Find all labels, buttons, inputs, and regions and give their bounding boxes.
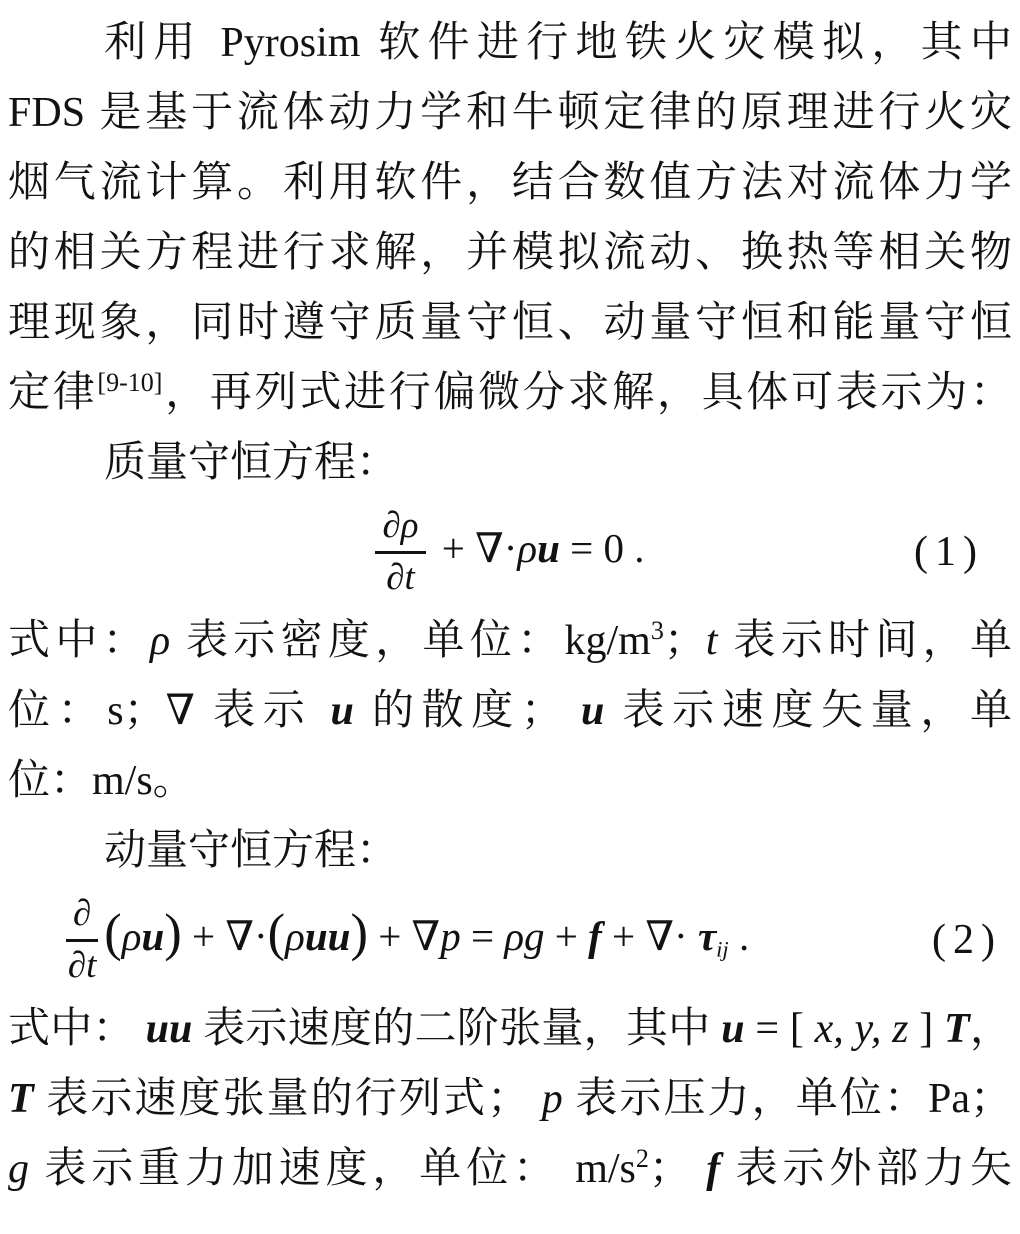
text-run: f [706,1146,720,1192]
mass-conservation-equation: ∂ρ∂t + ∇·ρu = 0 .(1) [8,498,1012,606]
text-run: 的相关方程进行求解，并模拟流动、换热等相关物 [8,230,1012,276]
text-run: kg/m [565,618,651,664]
text-run: f [588,912,602,958]
text-run: 表示压力，单位：Pa； [563,1076,1012,1122]
text-run: 表示密度，单位： [170,618,564,664]
text-run: . [729,912,750,958]
text-run: u [581,688,604,734]
equation-content: ∂ρ∂t + ∇·ρu = 0 . [375,507,644,598]
text-run: 式中： [8,618,150,664]
text-run: FDS 是基于流体动力学和牛顿定律的原理进行火灾 [8,90,1012,136]
momentum-conservation-equation: ∂∂t(ρu) + ∇·(ρuu) + ∇p = ρg + f + ∇· τij… [8,886,1012,994]
text-run: + ∇· [182,912,268,958]
text-run: t [706,618,718,664]
text-line: 式中： uu 表示速度的二阶张量，其中 u = [ x, y, z ] T， [8,994,1012,1064]
text-line: 式中：ρ 表示密度，单位：kg/m3；t 表示时间，单 [8,606,1012,676]
text-run: u [141,912,164,958]
text-line: 位：s；∇ 表示 u 的散度； u 表示速度矢量，单 [8,676,1012,746]
text-run: ij [716,936,729,961]
text-run: x, y, z [815,1006,909,1052]
text-run: u [331,688,354,734]
text-run: T [944,1006,970,1052]
text-run: 式中： [8,1006,146,1052]
text-run: 动量守恒方程： [104,828,398,874]
text-run: ，再列式进行偏微分求解，具体可表示为： [162,370,1012,416]
text-run: 理现象，同时遵守质量守恒、动量守恒和能量守恒 [8,300,1012,346]
text-run: ρ [122,912,142,958]
text-run: ( [268,903,285,961]
text-run: ) [164,903,181,961]
fraction-denominator: ∂t [66,942,98,986]
text-run: ρg [504,912,544,958]
text-run: 表示速度的二阶张量，其中 [192,1006,721,1052]
text-run: p [542,1076,563,1122]
equation-content: ∂∂t(ρu) + ∇·(ρuu) + ∇p = ρg + f + ∇· τij… [66,895,749,986]
text-run: ρ [517,524,537,570]
text-run: 表示速度张量的行列式； [34,1076,542,1122]
fraction-numerator: ∂ [66,895,98,942]
text-run: 2 [636,1144,649,1173]
text-line: 动量守恒方程： [8,816,1012,886]
text-line: 烟气流计算。利用软件，结合数值方法对流体力学 [8,148,1012,218]
text-line: FDS 是基于流体动力学和牛顿定律的原理进行火灾 [8,78,1012,148]
text-run: ρ [285,912,305,958]
text-run: uu [305,912,351,958]
text-run: 质量守恒方程： [104,440,398,486]
text-run: ) [350,903,367,961]
text-run: ； [649,1146,706,1192]
text-run: m/s [575,1146,636,1192]
paper-page: 利用 Pyrosim 软件进行地铁火灾模拟，其中FDS 是基于流体动力学和牛顿定… [0,0,1020,1234]
text-run: = [461,912,505,958]
text-run: 表示时间，单 [718,618,1012,664]
equation-number: (2) [932,916,1002,964]
text-run: + [545,912,589,958]
text-run: g [8,1146,29,1192]
text-run: u [721,1006,744,1052]
text-run: ， [970,1006,1012,1052]
text-run: ( [104,903,121,961]
text-run: 烟气流计算。利用软件，结合数值方法对流体力学 [8,160,1012,206]
text-run: u [537,524,560,570]
text-run: 位：s；∇ 表示 [8,688,331,734]
text-run: p [440,912,461,958]
fraction: ∂ρ∂t [375,507,425,598]
text-run: ρ [150,618,170,664]
text-line: g 表示重力加速度，单位： m/s2； f 表示外部力矢 [8,1134,1012,1204]
text-run: [9-10] [97,368,162,397]
text-run: 定律 [8,370,97,416]
text-line: 的相关方程进行求解，并模拟流动、换热等相关物 [8,218,1012,288]
fraction-numerator: ∂ρ [375,507,425,554]
text-line: T 表示速度张量的行列式； p 表示压力，单位：Pa； [8,1064,1012,1134]
text-run: = [ [745,1006,815,1052]
text-run: uu [146,1006,193,1052]
text-run: τ [698,912,716,958]
equation-number: (1) [914,528,984,576]
text-line: 质量守恒方程： [8,428,1012,498]
text-line: 位：m/s。 [8,746,1012,816]
text-run: 3 [651,616,664,645]
text-run: ] [908,1006,944,1052]
paragraph-container: 利用 Pyrosim 软件进行地铁火灾模拟，其中FDS 是基于流体动力学和牛顿定… [0,0,1020,1204]
text-run: 表示外部力矢 [720,1146,1012,1192]
text-run: 表示速度矢量，单 [604,688,1012,734]
text-run: 利用 Pyrosim 软件进行地铁火灾模拟，其中 [104,20,1012,66]
text-run: ； [664,618,706,664]
text-line: 定律[9-10]，再列式进行偏微分求解，具体可表示为： [8,358,1012,428]
text-run: + ∇· [432,524,518,570]
fraction-denominator: ∂t [375,554,425,598]
text-run: 的散度； [354,688,581,734]
text-run: + ∇ [368,912,440,958]
text-run: 表示重力加速度，单位： [29,1146,575,1192]
text-run: T [8,1076,34,1122]
fraction: ∂∂t [66,895,98,986]
text-run: + ∇· [602,912,698,958]
text-line: 理现象，同时遵守质量守恒、动量守恒和能量守恒 [8,288,1012,358]
text-line: 利用 Pyrosim 软件进行地铁火灾模拟，其中 [8,8,1012,78]
text-run: = 0 . [560,524,645,570]
text-run: 位：m/s。 [8,758,195,804]
